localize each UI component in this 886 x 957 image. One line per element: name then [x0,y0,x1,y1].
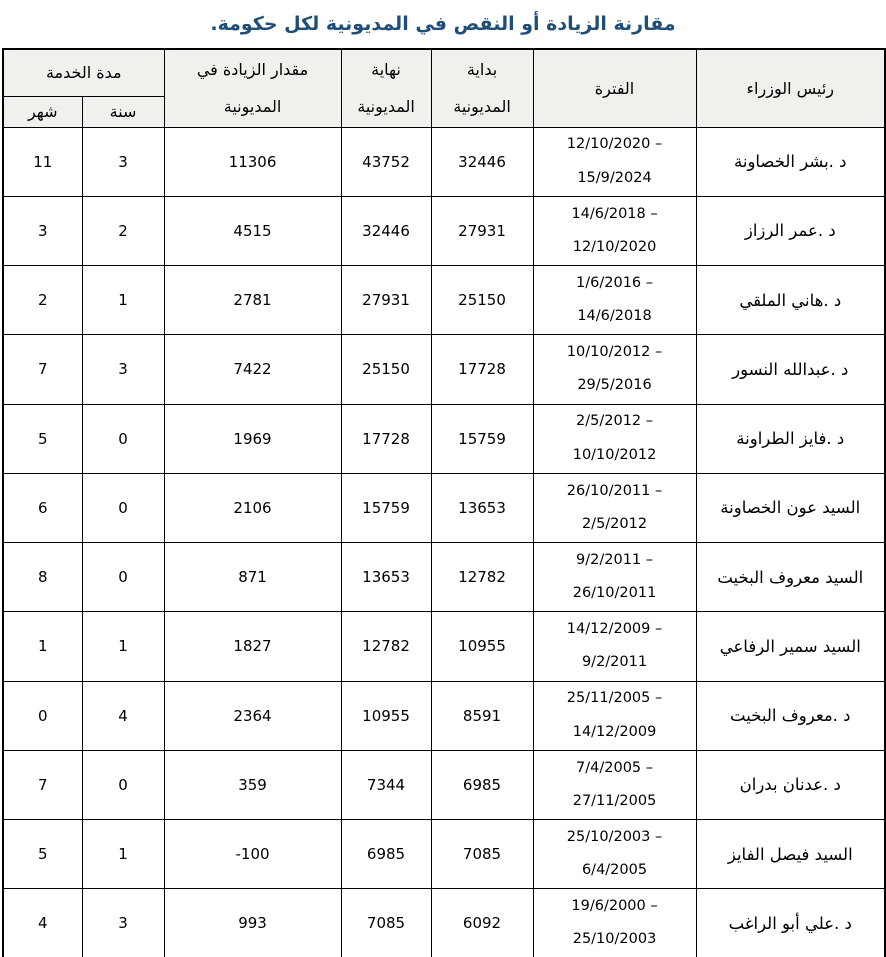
debt-end-cell: 27931 [341,266,431,335]
period-from: 26/10/2011 – [534,475,696,508]
debt-increase-cell: 2781 [164,266,341,335]
debt-increase-cell: 2364 [164,681,341,750]
service-years-cell: 1 [82,612,164,681]
debt-start-cell: 10955 [431,612,533,681]
debt-end-cell: 15759 [341,473,431,542]
period-to: 14/6/2018 [534,300,696,333]
table-row: د .معروف البخيت 25/11/2005 – 14/12/2009 … [3,681,885,750]
debt-end-cell: 6985 [341,820,431,889]
debt-end-cell: 25150 [341,335,431,404]
service-months-cell: 8 [3,543,82,612]
period-to: 15/9/2024 [534,162,696,195]
period-from: 10/10/2012 – [534,336,696,369]
pm-name-cell: د .عمر الرزاز [696,196,885,265]
debt-end-cell: 32446 [341,196,431,265]
pm-name-cell: د .علي أبو الراغب [696,889,885,957]
period-from: 14/12/2009 – [534,613,696,646]
service-months-cell: 2 [3,266,82,335]
period-dates: 10/10/2012 – 29/5/2016 [534,336,696,403]
service-months-cell: 7 [3,750,82,819]
header-line: المديونية [165,88,341,126]
period-from: 12/10/2020 – [534,128,696,161]
debt-end-cell: 13653 [341,543,431,612]
header-row-top: رئيس الوزراء الفترة بداية المديونية نهاي… [3,49,885,96]
debt-start-cell: 7085 [431,820,533,889]
page-title: مقارنة الزيادة أو النقص في المديونية لكل… [0,0,886,48]
period-from: 2/5/2012 – [534,405,696,438]
debt-increase-cell: 993 [164,889,341,957]
table-row: السيد عون الخصاونة 26/10/2011 – 2/5/2012… [3,473,885,542]
period-cell: 7/4/2005 – 27/11/2005 [533,750,696,819]
pm-name-cell: د .بشر الخصاونة [696,127,885,196]
period-from: 9/2/2011 – [534,544,696,577]
period-cell: 10/10/2012 – 29/5/2016 [533,335,696,404]
service-years-cell: 0 [82,750,164,819]
debt-comparison-table: رئيس الوزراء الفترة بداية المديونية نهاي… [2,48,886,957]
pm-name-cell: د .عبدالله النسور [696,335,885,404]
service-years-cell: 3 [82,335,164,404]
period-dates: 25/10/2003 – 6/4/2005 [534,821,696,888]
debt-increase-cell: 359 [164,750,341,819]
service-months-cell: 3 [3,196,82,265]
table-row: د .هاني الملقي 1/6/2016 – 14/6/2018 2515… [3,266,885,335]
period-cell: 19/6/2000 – 25/10/2003 [533,889,696,957]
period-cell: 12/10/2020 – 15/9/2024 [533,127,696,196]
header-prime-minister: رئيس الوزراء [696,49,885,127]
period-dates: 12/10/2020 – 15/9/2024 [534,128,696,195]
debt-increase-cell: 1969 [164,404,341,473]
period-cell: 26/10/2011 – 2/5/2012 [533,473,696,542]
debt-start-cell: 6985 [431,750,533,819]
header-service-duration: مدة الخدمة [3,49,164,96]
period-dates: 14/6/2018 – 12/10/2020 [534,198,696,265]
debt-increase-cell: -100 [164,820,341,889]
pm-name-cell: السيد عون الخصاونة [696,473,885,542]
debt-start-cell: 12782 [431,543,533,612]
header-line: مقدار الزيادة في [165,51,341,89]
debt-increase-cell: 11306 [164,127,341,196]
debt-start-cell: 6092 [431,889,533,957]
service-years-cell: 0 [82,543,164,612]
document-page: مقارنة الزيادة أو النقص في المديونية لكل… [0,0,886,957]
period-cell: 14/12/2009 – 9/2/2011 [533,612,696,681]
table-row: السيد فيصل الفايز 25/10/2003 – 6/4/2005 … [3,820,885,889]
debt-end-cell: 12782 [341,612,431,681]
header-period: الفترة [533,49,696,127]
debt-end-cell: 43752 [341,127,431,196]
period-dates: 19/6/2000 – 25/10/2003 [534,890,696,957]
service-years-cell: 0 [82,473,164,542]
header-debt-start: بداية المديونية [431,49,533,127]
period-dates: 1/6/2016 – 14/6/2018 [534,267,696,334]
service-months-cell: 4 [3,889,82,957]
service-years-cell: 3 [82,127,164,196]
period-to: 9/2/2011 [534,646,696,679]
period-to: 12/10/2020 [534,231,696,264]
period-from: 19/6/2000 – [534,890,696,923]
table-row: د .فايز الطراونة 2/5/2012 – 10/10/2012 1… [3,404,885,473]
debt-start-cell: 27931 [431,196,533,265]
period-to: 27/11/2005 [534,785,696,818]
period-cell: 25/11/2005 – 14/12/2009 [533,681,696,750]
pm-name-cell: السيد معروف البخيت [696,543,885,612]
header-debt-increase: مقدار الزيادة في المديونية [164,49,341,127]
service-months-cell: 7 [3,335,82,404]
header-debt-start-lines: بداية المديونية [432,51,533,126]
table-row: د .عمر الرزاز 14/6/2018 – 12/10/2020 279… [3,196,885,265]
period-dates: 9/2/2011 – 26/10/2011 [534,544,696,611]
service-months-cell: 0 [3,681,82,750]
pm-name-cell: السيد فيصل الفايز [696,820,885,889]
debt-start-cell: 32446 [431,127,533,196]
table-row: السيد معروف البخيت 9/2/2011 – 26/10/2011… [3,543,885,612]
header-debt-increase-lines: مقدار الزيادة في المديونية [165,51,341,126]
table-row: د .عبدالله النسور 10/10/2012 – 29/5/2016… [3,335,885,404]
debt-end-cell: 7344 [341,750,431,819]
debt-start-cell: 13653 [431,473,533,542]
period-to: 2/5/2012 [534,508,696,541]
debt-start-cell: 25150 [431,266,533,335]
debt-increase-cell: 4515 [164,196,341,265]
period-cell: 14/6/2018 – 12/10/2020 [533,196,696,265]
period-cell: 2/5/2012 – 10/10/2012 [533,404,696,473]
pm-name-cell: د .هاني الملقي [696,266,885,335]
header-debt-end-lines: نهاية المديونية [342,51,431,126]
debt-increase-cell: 1827 [164,612,341,681]
period-from: 7/4/2005 – [534,752,696,785]
service-months-cell: 5 [3,404,82,473]
header-debt-end: نهاية المديونية [341,49,431,127]
period-to: 26/10/2011 [534,577,696,610]
period-dates: 14/12/2009 – 9/2/2011 [534,613,696,680]
period-to: 25/10/2003 [534,923,696,956]
header-line: المديونية [342,88,431,126]
period-cell: 1/6/2016 – 14/6/2018 [533,266,696,335]
debt-increase-cell: 2106 [164,473,341,542]
period-from: 1/6/2016 – [534,267,696,300]
debt-end-cell: 7085 [341,889,431,957]
table-row: د .علي أبو الراغب 19/6/2000 – 25/10/2003… [3,889,885,957]
header-line: المديونية [432,88,533,126]
period-dates: 26/10/2011 – 2/5/2012 [534,475,696,542]
pm-name-cell: د .عدنان بدران [696,750,885,819]
header-years: سنة [82,96,164,127]
period-from: 25/11/2005 – [534,682,696,715]
debt-increase-cell: 871 [164,543,341,612]
table-row: د .عدنان بدران 7/4/2005 – 27/11/2005 698… [3,750,885,819]
service-months-cell: 1 [3,612,82,681]
service-years-cell: 1 [82,820,164,889]
debt-end-cell: 10955 [341,681,431,750]
service-years-cell: 0 [82,404,164,473]
service-years-cell: 4 [82,681,164,750]
period-dates: 2/5/2012 – 10/10/2012 [534,405,696,472]
period-dates: 25/11/2005 – 14/12/2009 [534,682,696,749]
period-cell: 25/10/2003 – 6/4/2005 [533,820,696,889]
period-dates: 7/4/2005 – 27/11/2005 [534,752,696,819]
table-body: د .بشر الخصاونة 12/10/2020 – 15/9/2024 3… [3,127,885,957]
header-months: شهر [3,96,82,127]
header-line: بداية [432,51,533,89]
pm-name-cell: د .فايز الطراونة [696,404,885,473]
header-line: نهاية [342,51,431,89]
service-months-cell: 11 [3,127,82,196]
debt-start-cell: 8591 [431,681,533,750]
table-row: السيد سمير الرفاعي 14/12/2009 – 9/2/2011… [3,612,885,681]
period-from: 25/10/2003 – [534,821,696,854]
pm-name-cell: السيد سمير الرفاعي [696,612,885,681]
period-to: 10/10/2012 [534,439,696,472]
period-to: 29/5/2016 [534,369,696,402]
debt-increase-cell: 7422 [164,335,341,404]
debt-start-cell: 17728 [431,335,533,404]
table-header: رئيس الوزراء الفترة بداية المديونية نهاي… [3,49,885,127]
service-years-cell: 2 [82,196,164,265]
service-years-cell: 3 [82,889,164,957]
table-row: د .بشر الخصاونة 12/10/2020 – 15/9/2024 3… [3,127,885,196]
period-to: 14/12/2009 [534,716,696,749]
debt-end-cell: 17728 [341,404,431,473]
period-cell: 9/2/2011 – 26/10/2011 [533,543,696,612]
period-to: 6/4/2005 [534,854,696,887]
pm-name-cell: د .معروف البخيت [696,681,885,750]
service-months-cell: 6 [3,473,82,542]
service-months-cell: 5 [3,820,82,889]
period-from: 14/6/2018 – [534,198,696,231]
debt-start-cell: 15759 [431,404,533,473]
service-years-cell: 1 [82,266,164,335]
